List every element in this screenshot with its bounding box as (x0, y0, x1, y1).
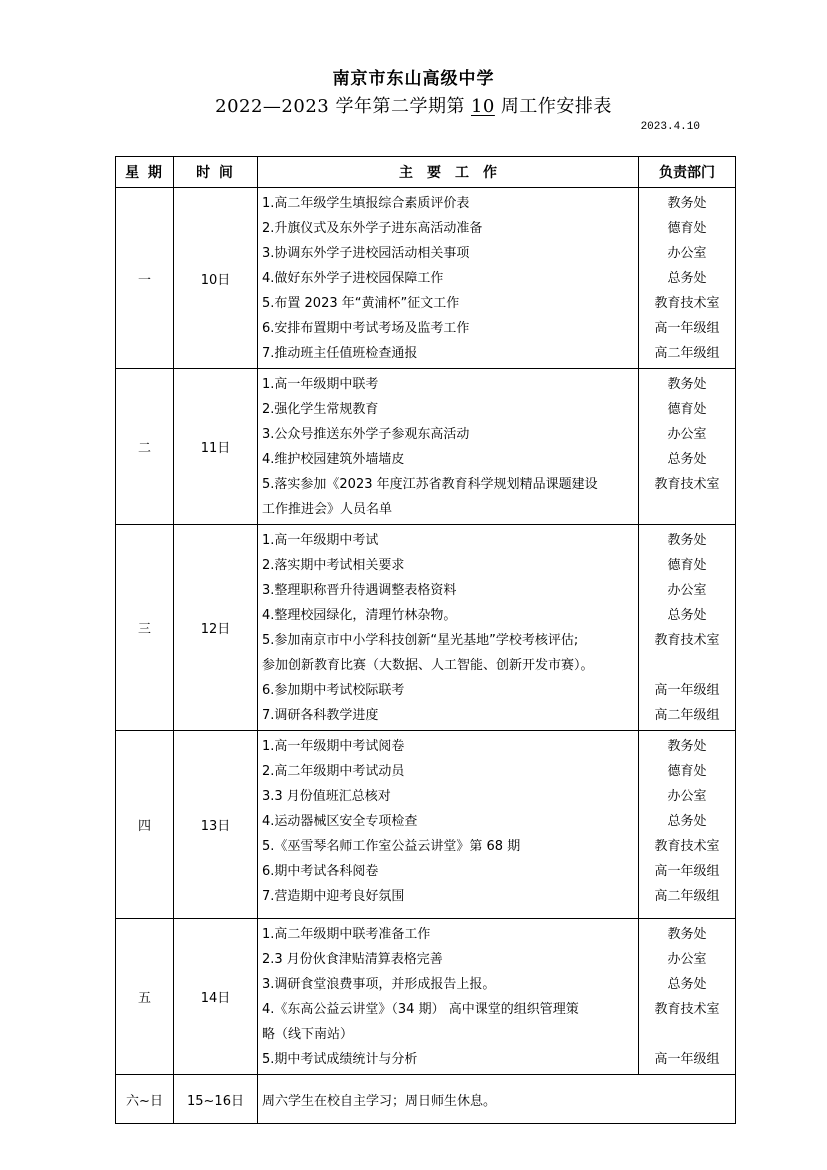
dept-item: 总务处 (639, 266, 735, 291)
task-item: 4.运动器械区安全专项检查 (262, 809, 638, 834)
task-item: 2.落实期中考试相关要求 (262, 553, 638, 578)
dept-cell: 教务处德育处办公室总务处教育技术室高一年级组高二年级组 (639, 731, 736, 919)
task-item: 2.3 月份伙食津贴清算表格完善 (262, 947, 638, 972)
dept-item: 教务处 (639, 191, 735, 216)
task-item: 6.安排布置期中考试考场及监考工作 (262, 316, 638, 341)
task-item: 工作推进会》人员名单 (262, 497, 638, 522)
dept-item: 教育技术室 (639, 628, 735, 653)
dept-item: 高一年级组 (639, 678, 735, 703)
school-name: 南京市东山高级中学 (0, 64, 827, 89)
tasks-cell: 1.高一年级期中考试2.落实期中考试相关要求3.整理职称晋升待遇调整表格资料4.… (258, 525, 639, 731)
dept-item: 德育处 (639, 216, 735, 241)
dept-item: 总务处 (639, 603, 735, 628)
dept-item: 教务处 (639, 372, 735, 397)
task-item: 1.高一年级期中考试阅卷 (262, 734, 638, 759)
day-cell: 三 (116, 525, 174, 731)
dept-item: 教务处 (639, 734, 735, 759)
task-item: 2.升旗仪式及东外学子进东高活动准备 (262, 216, 638, 241)
dept-item: 教务处 (639, 528, 735, 553)
dept-cell: 教务处德育处办公室总务处教育技术室高一年级组高二年级组 (639, 188, 736, 369)
task-item: 4.整理校园绿化，清理竹林杂物。 (262, 603, 638, 628)
tasks-cell: 1.高二年级学生填报综合素质评价表2.升旗仪式及东外学子进东高活动准备3.协调东… (258, 188, 639, 369)
table-row: 四13日1.高一年级期中考试阅卷2.高二年级期中考试动员3.3 月份值班汇总核对… (116, 731, 736, 919)
dept-item: 高一年级组 (639, 1047, 735, 1072)
task-item: 3.协调东外学子进校园活动相关事项 (262, 241, 638, 266)
table-row: 二11日1.高一年级期中联考2.强化学生常规教育3.公众号推送东外学子参观东高活… (116, 369, 736, 525)
table-row: 一10日1.高二年级学生填报综合素质评价表2.升旗仪式及东外学子进东高活动准备3… (116, 188, 736, 369)
week-number: 10 (465, 96, 501, 117)
task-item: 1.高二年级学生填报综合素质评价表 (262, 191, 638, 216)
column-header-day: 星 期 (116, 157, 174, 188)
task-item: 1.高一年级期中考试 (262, 528, 638, 553)
table-row: 三12日1.高一年级期中考试2.落实期中考试相关要求3.整理职称晋升待遇调整表格… (116, 525, 736, 731)
task-item: 3.整理职称晋升待遇调整表格资料 (262, 578, 638, 603)
date-cell: 11日 (174, 369, 258, 525)
task-item: 4.《东高公益云讲堂》（34 期） 高中课堂的组织管理策 (262, 997, 638, 1022)
dept-item: 高一年级组 (639, 859, 735, 884)
weekend-task: 周六学生在校自主学习；周日师生休息。 (258, 1075, 736, 1124)
table-header-row: 星 期 时 间 主 要 工 作 负责部门 (116, 157, 736, 188)
dept-item: 办公室 (639, 784, 735, 809)
date-cell: 14日 (174, 919, 258, 1075)
document-title: 2022—2023 学年第二学期第10周工作安排表 (0, 92, 827, 118)
dept-item: 总务处 (639, 809, 735, 834)
dept-item: 教育技术室 (639, 997, 735, 1022)
day-cell: 六~日 (116, 1075, 174, 1124)
weekend-row: 六~日15~16日周六学生在校自主学习；周日师生休息。 (116, 1075, 736, 1124)
task-item: 7.调研各科教学进度 (262, 703, 638, 728)
column-header-dept: 负责部门 (639, 157, 736, 188)
dept-item: 教务处 (639, 922, 735, 947)
column-header-work: 主 要 工 作 (258, 157, 639, 188)
task-item: 6.期中考试各科阅卷 (262, 859, 638, 884)
dept-item: 办公室 (639, 947, 735, 972)
dept-item: 高二年级组 (639, 341, 735, 366)
dept-item (639, 497, 735, 522)
tasks-cell: 1.高一年级期中考试阅卷2.高二年级期中考试动员3.3 月份值班汇总核对4.运动… (258, 731, 639, 919)
task-item: 4.维护校园建筑外墙墙皮 (262, 447, 638, 472)
dept-item: 高二年级组 (639, 703, 735, 728)
task-item: 1.高一年级期中联考 (262, 372, 638, 397)
dept-item: 总务处 (639, 447, 735, 472)
task-item: 6.参加期中考试校际联考 (262, 678, 638, 703)
table-row: 五14日1.高二年级期中联考准备工作2.3 月份伙食津贴清算表格完善3.调研食堂… (116, 919, 736, 1075)
task-item: 3.3 月份值班汇总核对 (262, 784, 638, 809)
task-item: 5.布置 2023 年“黄浦杯”征文工作 (262, 291, 638, 316)
dept-item: 教育技术室 (639, 472, 735, 497)
date-cell: 12日 (174, 525, 258, 731)
title-suffix: 周工作安排表 (501, 96, 612, 117)
dept-cell: 教务处德育处办公室总务处教育技术室高一年级组高二年级组 (639, 525, 736, 731)
tasks-cell: 1.高二年级期中联考准备工作2.3 月份伙食津贴清算表格完善3.调研食堂浪费事项… (258, 919, 639, 1075)
task-item: 2.强化学生常规教育 (262, 397, 638, 422)
task-item: 略（线下南站） (262, 1022, 638, 1047)
task-item: 1.高二年级期中联考准备工作 (262, 922, 638, 947)
date-cell: 13日 (174, 731, 258, 919)
dept-item: 办公室 (639, 422, 735, 447)
task-item: 5.参加南京市中小学科技创新“星光基地”学校考核评估; (262, 628, 638, 653)
task-item: 5.《巫雪琴名师工作室公益云讲堂》第 68 期 (262, 834, 638, 859)
task-item: 参加创新教育比赛（大数据、人工智能、创新开发市赛）。 (262, 653, 638, 678)
dept-item: 教育技术室 (639, 834, 735, 859)
dept-item (639, 653, 735, 678)
dept-item: 德育处 (639, 553, 735, 578)
dept-item: 办公室 (639, 578, 735, 603)
dept-cell: 教务处德育处办公室总务处教育技术室 (639, 369, 736, 525)
dept-item: 教育技术室 (639, 291, 735, 316)
task-item: 2.高二年级期中考试动员 (262, 759, 638, 784)
dept-item: 总务处 (639, 972, 735, 997)
day-cell: 四 (116, 731, 174, 919)
task-item: 5.落实参加《2023 年度江苏省教育科学规划精品课题建设 (262, 472, 638, 497)
dept-item (639, 1022, 735, 1047)
dept-item: 德育处 (639, 759, 735, 784)
task-item: 5.期中考试成绩统计与分析 (262, 1047, 638, 1072)
task-item: 3.调研食堂浪费事项，并形成报告上报。 (262, 972, 638, 997)
title-prefix: 2022—2023 学年第二学期第 (215, 96, 465, 117)
dept-item: 高一年级组 (639, 316, 735, 341)
date-cell: 10日 (174, 188, 258, 369)
task-item: 7.营造期中迎考良好氛围 (262, 884, 638, 909)
day-cell: 二 (116, 369, 174, 525)
dept-cell: 教务处办公室总务处教育技术室高一年级组 (639, 919, 736, 1075)
document-date: 2023.4.10 (641, 121, 700, 133)
date-cell: 15~16日 (174, 1075, 258, 1124)
task-item: 7.推动班主任值班检查通报 (262, 341, 638, 366)
tasks-cell: 1.高一年级期中联考2.强化学生常规教育3.公众号推送东外学子参观东高活动4.维… (258, 369, 639, 525)
column-header-time: 时 间 (174, 157, 258, 188)
dept-item: 德育处 (639, 397, 735, 422)
dept-item: 高二年级组 (639, 884, 735, 909)
task-item: 3.公众号推送东外学子参观东高活动 (262, 422, 638, 447)
dept-item: 办公室 (639, 241, 735, 266)
task-item: 4.做好东外学子进校园保障工作 (262, 266, 638, 291)
day-cell: 一 (116, 188, 174, 369)
schedule-table: 星 期 时 间 主 要 工 作 负责部门 一10日1.高二年级学生填报综合素质评… (115, 156, 736, 1124)
day-cell: 五 (116, 919, 174, 1075)
